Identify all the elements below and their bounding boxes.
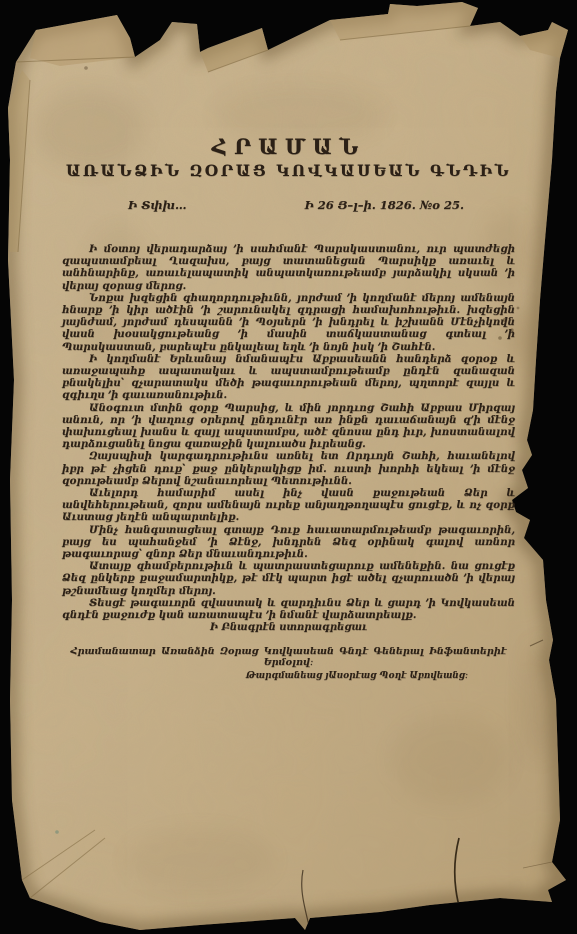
body-paragraph: Մինչ հանգստացեալ գտայք Դուք հաւատարմութե… (62, 524, 515, 561)
body-paragraph: Զայսպիսի կարգադրութիւնս առնել ետ Որդւոյն… (62, 450, 515, 487)
body-paragraph: Աւելորդ համարիմ ասել ինչ վասն քաջութեան … (62, 487, 515, 524)
body-paragraph: Անօգուտ մտին զօրք Պարսից, և մին յորդւոց … (62, 402, 515, 451)
commander-signature: Հրամանատար Առանձին Զօրաց Կովկասեան Գնդէ … (62, 646, 515, 668)
document-title: ՀՐԱՄԱՆ (62, 134, 515, 159)
body-paragraph: Ատայք զհամբերութիւն և պատրաստեցարուք ամե… (62, 560, 515, 597)
body-paragraph: Ի կողմանէ Երևանայ նմանապէս Աբբասեանն հան… (62, 353, 515, 402)
document-subtitle: ԱՌԱՆՁԻՆ ԶՕՐԱՑ ԿՈՎԿԱՍԵԱՆ ԳՆԴԻՆ (62, 161, 515, 180)
dateline: Ի Տփխ… Ի 26 Յ–լ–ի. 1826. №o 25. (128, 198, 464, 212)
document-body: Ի մօտոյ վերադարձայ ՚ի սահմանէ Պարսկաստան… (62, 243, 515, 621)
dateline-place: Ի Տփխ… (128, 198, 187, 212)
translator-credit: Թարգմանեաց յԱսօրէաց Պօղէ Աբովեանց։ (62, 671, 468, 681)
signed-in-original-note: Ի Բնագրէն ստորագրեցաւ (62, 622, 515, 633)
scanned-document-view: ՀՐԱՄԱՆ ԱՌԱՆՁԻՆ ԶՕՐԱՑ ԿՈՎԿԱՍԵԱՆ ԳՆԴԻՆ Ի Տ… (0, 0, 577, 934)
body-paragraph: Տեսցէ թագաւորն զվաստակ և զարդիւնս Ձեր և … (62, 597, 515, 621)
printed-text-layer: ՀՐԱՄԱՆ ԱՌԱՆՁԻՆ ԶՕՐԱՑ ԿՈՎԿԱՍԵԱՆ ԳՆԴԻՆ Ի Տ… (0, 0, 577, 934)
body-paragraph: Ի մօտոյ վերադարձայ ՚ի սահմանէ Պարսկաստան… (62, 243, 515, 292)
body-paragraph: Նոքա խզեցին զհաղորդութիւնն, յորժամ ՚ի կո… (62, 292, 515, 353)
dateline-date: Ի 26 Յ–լ–ի. 1826. №o 25. (305, 198, 464, 212)
